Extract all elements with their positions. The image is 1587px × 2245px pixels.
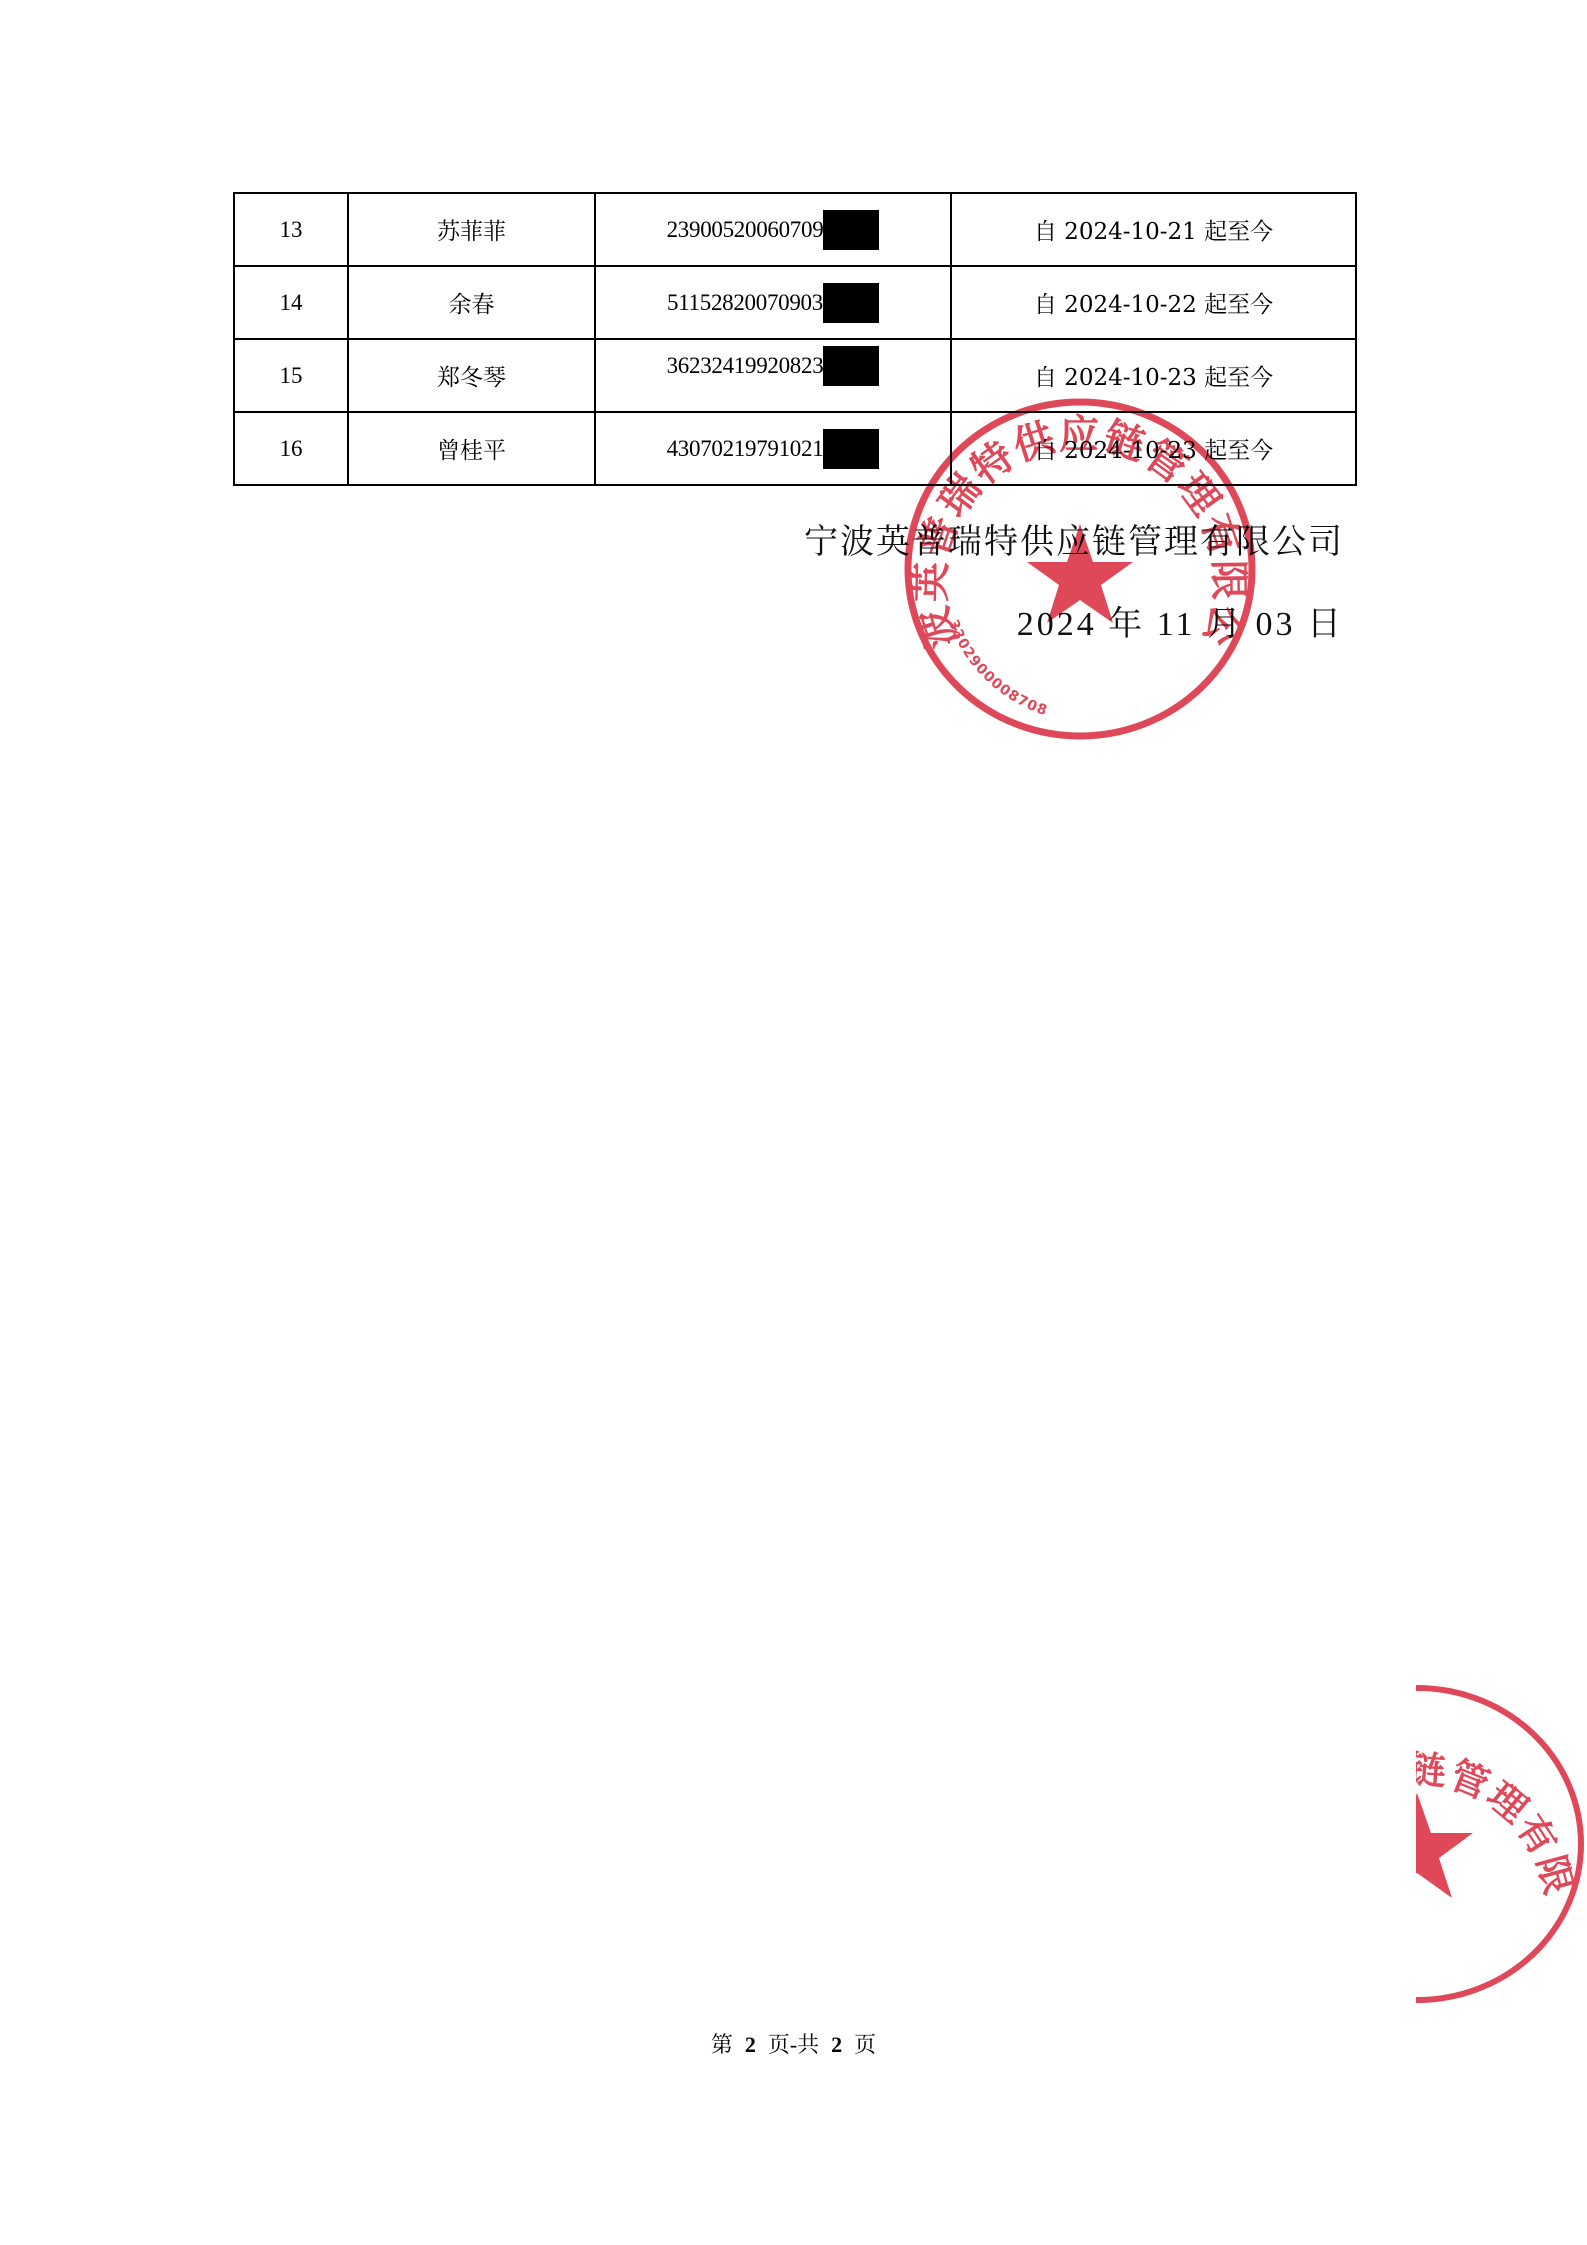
current-page-number: 2 <box>745 2032 756 2057</box>
employee-name: 余春 <box>348 266 595 339</box>
redaction-block <box>823 429 879 469</box>
id-number: 43070219791021 <box>667 436 824 462</box>
page-footer: 第2页-共2页 <box>0 2028 1587 2059</box>
footer-prefix: 第 <box>711 2032 733 2057</box>
signature-date: 2024 年 11 月 03 日 <box>1017 596 1344 645</box>
row-number: 16 <box>234 412 348 485</box>
table-row: 16 曾桂平 43070219791021 自 2024-10-23 起至今 <box>234 412 1356 485</box>
redaction-block <box>823 346 879 386</box>
table-row: 15 郑冬琴 36232419920823 自 2024-10-23 起至今 <box>234 339 1356 412</box>
employment-period: 自 2024-10-21 起至今 <box>951 193 1356 266</box>
id-number-cell: 36232419920823 <box>595 339 951 412</box>
row-number: 14 <box>234 266 348 339</box>
employment-period: 自 2024-10-23 起至今 <box>951 412 1356 485</box>
document-page: 13 苏菲菲 23900520060709 自 2024-10-21 起至今 1… <box>0 0 1587 2245</box>
redaction-block <box>823 210 879 250</box>
id-number-cell: 51152820070903 <box>595 266 951 339</box>
id-number: 36232419920823 <box>667 353 824 379</box>
id-number: 23900520060709 <box>667 217 824 243</box>
table-row: 14 余春 51152820070903 自 2024-10-22 起至今 <box>234 266 1356 339</box>
employee-name: 曾桂平 <box>348 412 595 485</box>
employee-table: 13 苏菲菲 23900520060709 自 2024-10-21 起至今 1… <box>233 192 1357 486</box>
employment-period: 自 2024-10-23 起至今 <box>951 339 1356 412</box>
seam-seal: 供应链管理有限公司 <box>1416 1683 1587 2005</box>
id-number-cell: 43070219791021 <box>595 412 951 485</box>
footer-suffix: 页 <box>854 2032 876 2057</box>
employee-name: 郑冬琴 <box>348 339 595 412</box>
row-number: 13 <box>234 193 348 266</box>
id-number: 51152820070903 <box>667 290 823 316</box>
table-row: 13 苏菲菲 23900520060709 自 2024-10-21 起至今 <box>234 193 1356 266</box>
employee-name: 苏菲菲 <box>348 193 595 266</box>
footer-middle: 页-共 <box>768 2032 819 2057</box>
id-number-cell: 23900520060709 <box>595 193 951 266</box>
redaction-block <box>823 283 879 323</box>
signature-company: 宁波英普瑞特供应链管理有限公司 <box>804 514 1344 563</box>
svg-text:供应链管理有限公司: 供应链管理有限公司 <box>1416 1683 1582 1901</box>
row-number: 15 <box>234 339 348 412</box>
employment-period: 自 2024-10-22 起至今 <box>951 266 1356 339</box>
total-page-number: 2 <box>831 2032 842 2057</box>
seam-seal-icon: 供应链管理有限公司 <box>1416 1683 1587 2005</box>
